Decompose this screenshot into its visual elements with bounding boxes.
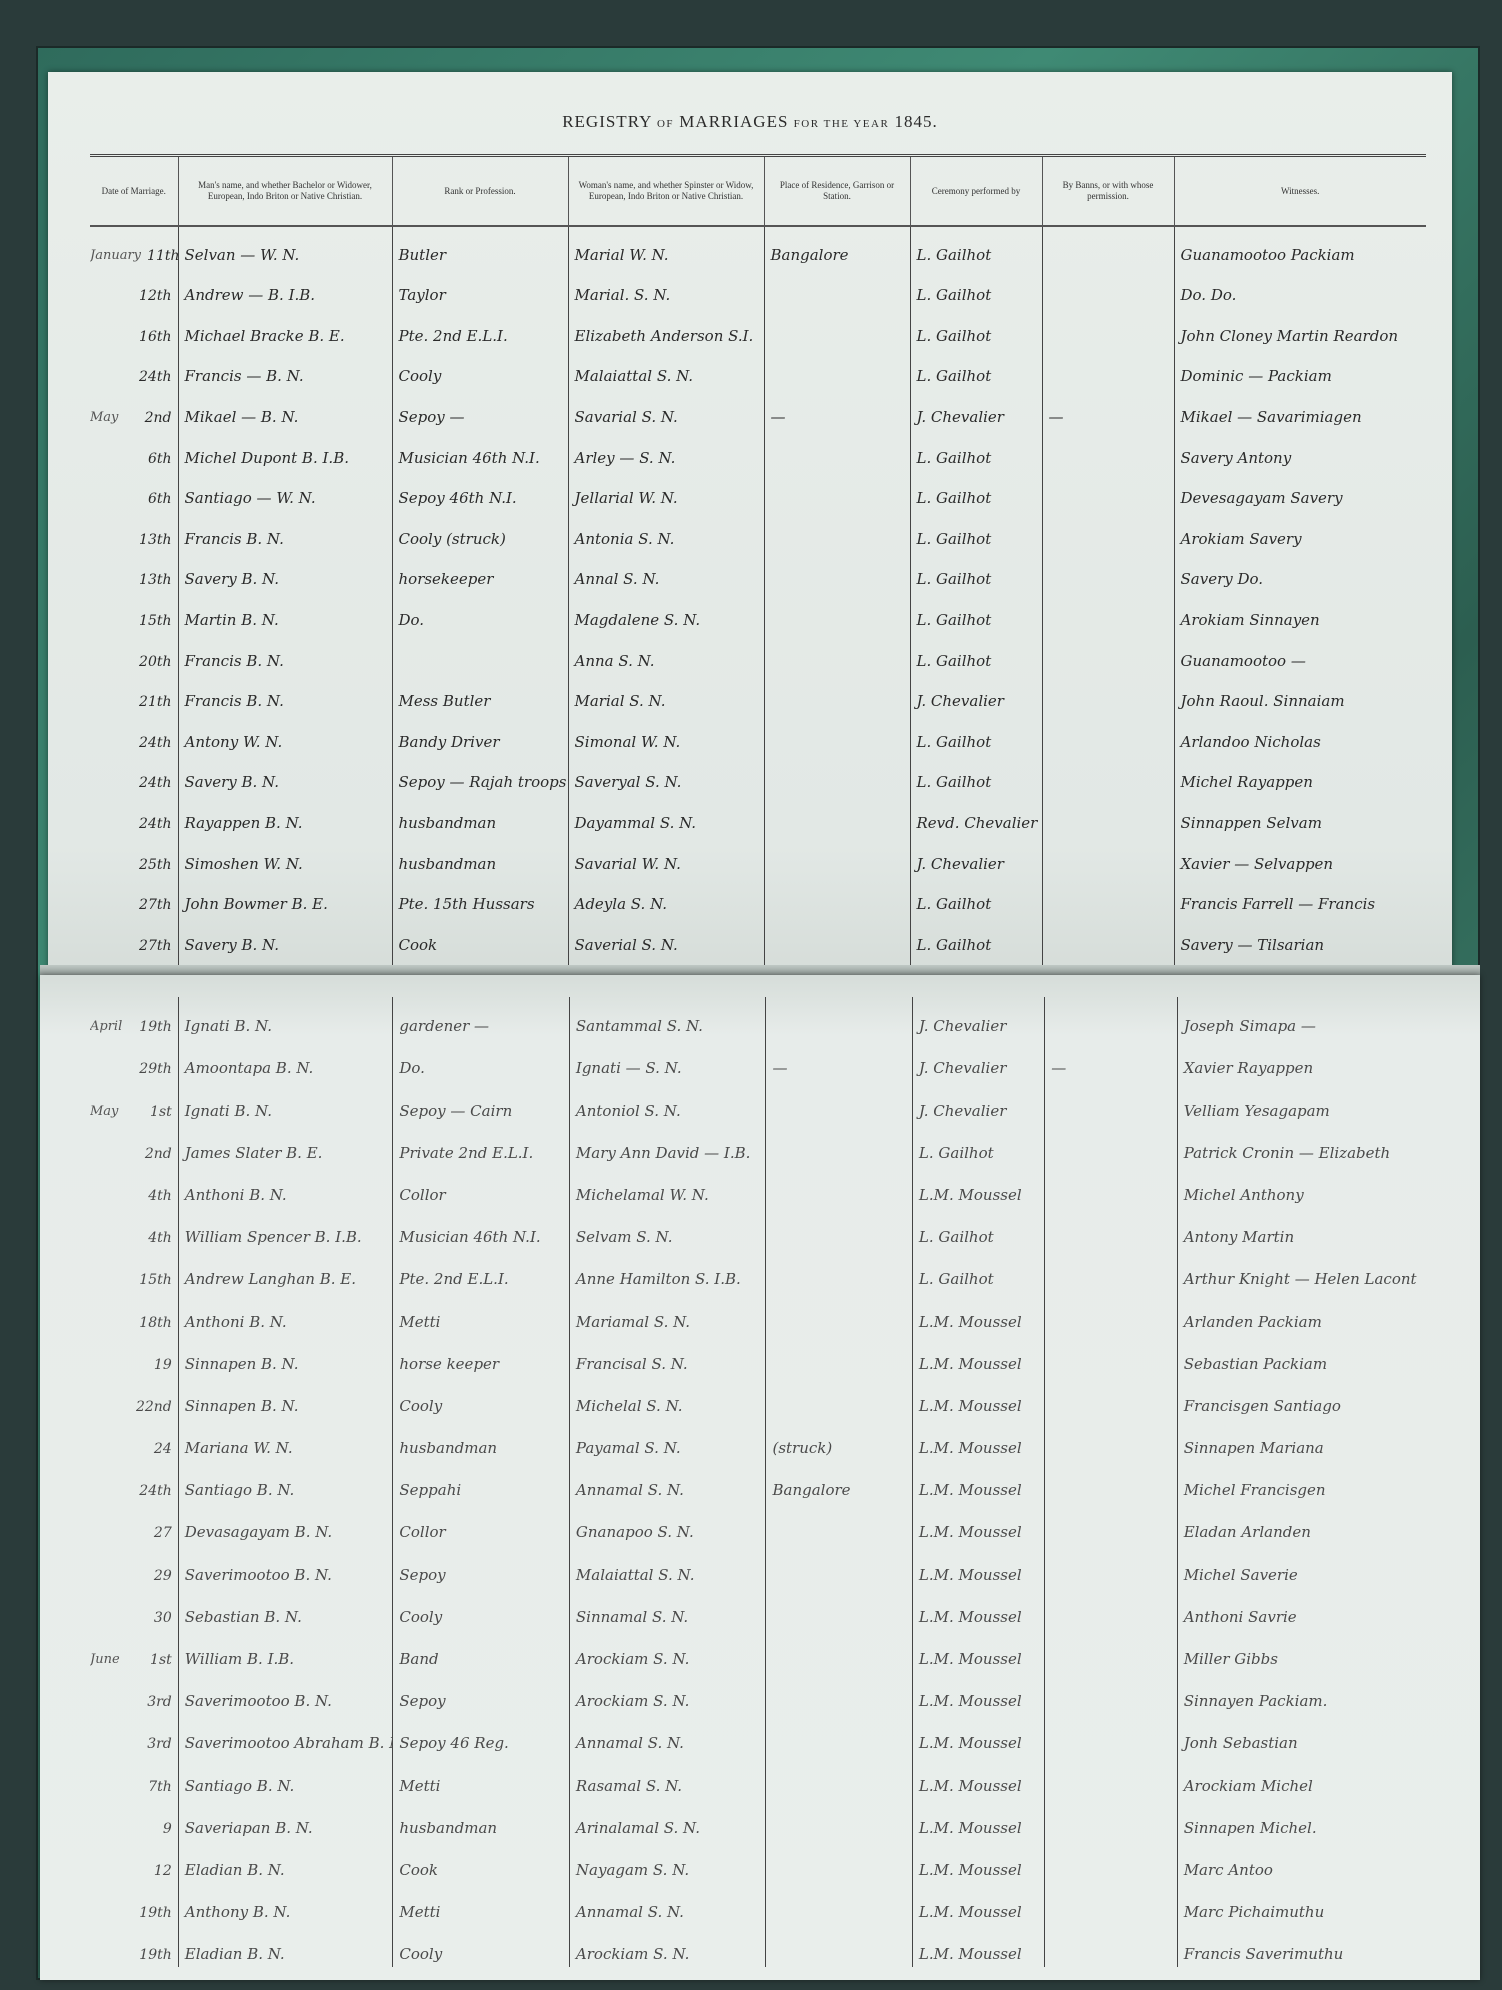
cell-banns	[1042, 592, 1174, 633]
cell-woman: Selvam S. N.	[569, 1208, 766, 1250]
table-row: 22nd Sinnapen B. N. Cooly Michelal S. N.…	[90, 1377, 1430, 1419]
cell-ceremony: L. Gailhot	[910, 877, 1042, 918]
cell-banns	[1045, 1925, 1177, 1967]
cell-rank: husbandman	[392, 795, 568, 836]
cell-man: Ignati B. N.	[178, 997, 393, 1039]
date-value: 24th	[139, 775, 171, 791]
table-row: June1st William B. I.B. Band Arockiam S.…	[90, 1630, 1430, 1672]
cell-ceremony: L.M. Moussel	[912, 1925, 1044, 1967]
cell-date: 27th	[90, 877, 178, 918]
cell-woman: Malaiattal S. N.	[569, 1545, 766, 1587]
cell-place	[764, 714, 910, 755]
cell-man: Anthoni B. N.	[178, 1166, 393, 1208]
cell-place	[766, 1335, 912, 1377]
cell-date: 24th	[90, 714, 178, 755]
cell-ceremony: L.M. Moussel	[912, 1630, 1044, 1672]
cell-ceremony: L.M. Moussel	[912, 1756, 1044, 1798]
cell-man: Francis — B. N.	[178, 349, 392, 390]
cell-ceremony: J. Chevalier	[912, 1039, 1044, 1081]
cell-banns	[1042, 552, 1174, 593]
cell-place	[766, 1925, 912, 1967]
cell-place	[764, 674, 910, 715]
cell-witnesses: Patrick Cronin — Elizabeth	[1177, 1124, 1430, 1166]
cell-man: Saveriapan B. N.	[178, 1799, 393, 1841]
cell-woman: Francisal S. N.	[569, 1335, 766, 1377]
cell-witnesses: Francisgen Santiago	[1177, 1377, 1430, 1419]
marriage-register-table-top: Date of Marriage. Man's name, and whethe…	[90, 154, 1426, 998]
date-value: 13th	[139, 532, 171, 548]
cell-witnesses: Mikael — Savarimiagen	[1174, 389, 1426, 430]
table-header-row: Date of Marriage. Man's name, and whethe…	[90, 156, 1426, 227]
table-row: 21th Francis B. N. Mess Butler Marial S.…	[90, 674, 1426, 715]
table-row: April19th Ignati B. N. gardener — Santam…	[90, 997, 1430, 1039]
cell-banns	[1045, 1377, 1177, 1419]
cell-woman: Annamal S. N.	[569, 1714, 766, 1756]
cell-woman: Michelamal W. N.	[569, 1166, 766, 1208]
cell-ceremony: L. Gailhot	[910, 755, 1042, 796]
cell-rank: Private 2nd E.L.I.	[393, 1124, 570, 1166]
cell-rank: Musician 46th N.I.	[392, 430, 568, 471]
cell-banns	[1042, 511, 1174, 552]
cell-ceremony: J. Chevalier	[910, 389, 1042, 430]
table-row: 27th Savery B. N. Cook Saverial S. N. L.…	[90, 917, 1426, 958]
cell-witnesses: Antony Martin	[1177, 1208, 1430, 1250]
cell-ceremony: L. Gailhot	[910, 308, 1042, 349]
cell-man: Devasagayam B. N.	[178, 1503, 393, 1545]
cell-witnesses: Sebastian Packiam	[1177, 1335, 1430, 1377]
cell-banns	[1045, 1503, 1177, 1545]
table-row: 20th Francis B. N. Anna S. N. L. Gailhot…	[90, 633, 1426, 674]
cell-place	[764, 552, 910, 593]
header-place: Place of Residence, Garrison or Station.	[764, 156, 910, 227]
cell-place: Bangalore	[764, 226, 910, 268]
cell-man: Saverimootoo B. N.	[178, 1545, 393, 1587]
cell-date: 20th	[90, 633, 178, 674]
date-value: 19th	[139, 1947, 171, 1963]
cell-rank: husbandman	[392, 836, 568, 877]
cell-place	[764, 268, 910, 309]
cell-ceremony: L. Gailhot	[910, 349, 1042, 390]
cell-witnesses: Michel Saverie	[1177, 1545, 1430, 1587]
cell-date: 18th	[90, 1292, 178, 1334]
cell-woman: Santammal S. N.	[569, 997, 766, 1039]
date-value: 30	[154, 1610, 172, 1626]
cell-man: Santiago B. N.	[178, 1756, 393, 1798]
cell-place	[766, 1377, 912, 1419]
date-value: 24th	[139, 816, 171, 832]
date-value: 9	[163, 1821, 172, 1837]
table-row: 24th Francis — B. N. Cooly Malaiattal S.…	[90, 349, 1426, 390]
cell-man: Savery B. N.	[178, 917, 392, 958]
cell-witnesses: Anthoni Savrie	[1177, 1588, 1430, 1630]
cell-place	[766, 1208, 912, 1250]
cell-woman: Payamal S. N.	[569, 1419, 766, 1461]
header-rank: Rank or Profession.	[392, 156, 568, 227]
cell-woman: Antonia S. N.	[568, 511, 764, 552]
cell-ceremony: L.M. Moussel	[912, 1588, 1044, 1630]
cell-place: Bangalore	[766, 1461, 912, 1503]
cell-ceremony: L.M. Moussel	[912, 1672, 1044, 1714]
cell-place	[766, 1166, 912, 1208]
cell-banns	[1045, 1419, 1177, 1461]
cell-rank: Sepoy — Cairn	[393, 1081, 570, 1123]
table-row: 6th Santiago — W. N. Sepoy 46th N.I. Jel…	[90, 471, 1426, 512]
cell-banns	[1045, 1672, 1177, 1714]
cell-ceremony: L.M. Moussel	[912, 1799, 1044, 1841]
table-row: 13th Savery B. N. horsekeeper Annal S. N…	[90, 552, 1426, 593]
cell-woman: Annal S. N.	[568, 552, 764, 593]
cell-banns	[1045, 1841, 1177, 1883]
cell-place	[766, 1883, 912, 1925]
cell-banns	[1045, 1124, 1177, 1166]
cell-man: Savery B. N.	[178, 552, 392, 593]
cell-date: 12	[90, 1841, 178, 1883]
cell-man: Selvan — W. N.	[178, 226, 392, 268]
table-row: 16th Michael Bracke B. E. Pte. 2nd E.L.I…	[90, 308, 1426, 349]
table-row: 29 Saverimootoo B. N. Sepoy Malaiattal S…	[90, 1545, 1430, 1587]
cell-date: 13th	[90, 552, 178, 593]
cell-man: Amoontapa B. N.	[178, 1039, 393, 1081]
cell-woman: Marial S. N.	[568, 674, 764, 715]
cell-rank: Sepoy	[393, 1672, 570, 1714]
date-value: 19	[154, 1357, 172, 1373]
date-value: 6th	[148, 491, 172, 507]
cell-date: May1st	[90, 1081, 178, 1123]
cell-date: 3rd	[90, 1672, 178, 1714]
cell-rank	[392, 633, 568, 674]
page-title: REGISTRY OF MARRIAGES FOR THE YEAR 1845.	[48, 112, 1452, 132]
title-year: 1845.	[895, 112, 938, 131]
cell-man: Andrew — B. I.B.	[178, 268, 392, 309]
date-value: 4th	[148, 1188, 172, 1204]
cell-man: Saverimootoo Abraham B. N.	[178, 1714, 393, 1756]
date-value: 27th	[139, 938, 171, 954]
cell-woman: Arley — S. N.	[568, 430, 764, 471]
cell-woman: Michelal S. N.	[569, 1377, 766, 1419]
cell-date: 2nd	[90, 1124, 178, 1166]
cell-place	[766, 997, 912, 1039]
cell-rank: Cook	[392, 917, 568, 958]
header-woman: Woman's name, and whether Spinster or Wi…	[568, 156, 764, 227]
cell-date: 25th	[90, 836, 178, 877]
cell-witnesses: Marc Pichaimuthu	[1177, 1883, 1430, 1925]
cell-place	[764, 471, 910, 512]
date-value: 15th	[139, 613, 171, 629]
cell-date: June1st	[90, 1630, 178, 1672]
cell-ceremony: L. Gailhot	[910, 471, 1042, 512]
cell-banns	[1045, 1714, 1177, 1756]
table-row: 24th Antony W. N. Bandy Driver Simonal W…	[90, 714, 1426, 755]
cell-man: Eladian B. N.	[178, 1841, 393, 1883]
cell-witnesses: Guanamootoo Packiam	[1174, 226, 1426, 268]
cell-witnesses: Michel Francisgen	[1177, 1461, 1430, 1503]
cell-man: Savery B. N.	[178, 755, 392, 796]
cell-rank: Collor	[393, 1503, 570, 1545]
cell-rank: horsekeeper	[392, 552, 568, 593]
table-row: January11th Selvan — W. N. Butler Marial…	[90, 226, 1426, 268]
cell-ceremony: L. Gailhot	[912, 1208, 1044, 1250]
cell-date: 15th	[90, 1250, 178, 1292]
cell-banns	[1042, 308, 1174, 349]
cell-banns	[1045, 1208, 1177, 1250]
cell-witnesses: Michel Rayappen	[1174, 755, 1426, 796]
table-row: 13th Francis B. N. Cooly (struck) Antoni…	[90, 511, 1426, 552]
header-man: Man's name, and whether Bachelor or Wido…	[178, 156, 392, 227]
table-row: 29th Amoontapa B. N. Do. Ignati — S. N. …	[90, 1039, 1430, 1081]
cell-man: William Spencer B. I.B.	[178, 1208, 393, 1250]
cell-rank: Cook	[393, 1841, 570, 1883]
cell-witnesses: Jonh Sebastian	[1177, 1714, 1430, 1756]
date-value: 4th	[148, 1230, 172, 1246]
cell-banns	[1045, 1081, 1177, 1123]
cell-man: Santiago — W. N.	[178, 471, 392, 512]
header-witnesses: Witnesses.	[1174, 156, 1426, 227]
date-value: 7th	[148, 1779, 172, 1795]
cell-place: —	[766, 1039, 912, 1081]
cell-witnesses: Marc Antoo	[1177, 1841, 1430, 1883]
cell-place	[764, 430, 910, 471]
cell-place	[764, 795, 910, 836]
cell-woman: Adeyla S. N.	[568, 877, 764, 918]
cell-place	[766, 1588, 912, 1630]
cell-banns	[1045, 1461, 1177, 1503]
cell-banns	[1045, 1250, 1177, 1292]
cell-witnesses: Guanamootoo —	[1174, 633, 1426, 674]
cell-banns	[1045, 1630, 1177, 1672]
cell-rank: Cooly	[392, 349, 568, 390]
cell-man: James Slater B. E.	[178, 1124, 393, 1166]
cell-date: 19	[90, 1335, 178, 1377]
cell-ceremony: L.M. Moussel	[912, 1841, 1044, 1883]
cell-place	[766, 1081, 912, 1123]
cell-place	[766, 1630, 912, 1672]
cell-ceremony: L.M. Moussel	[912, 1461, 1044, 1503]
cell-date: 15th	[90, 592, 178, 633]
cell-woman: Mariamal S. N.	[569, 1292, 766, 1334]
cell-place	[764, 511, 910, 552]
date-value: 3rd	[147, 1736, 172, 1752]
cell-witnesses: Xavier — Selvappen	[1174, 836, 1426, 877]
cell-banns	[1042, 917, 1174, 958]
cell-rank: Butler	[392, 226, 568, 268]
cell-witnesses: Arockiam Michel	[1177, 1756, 1430, 1798]
cell-man: Anthoni B. N.	[178, 1292, 393, 1334]
register-page-bottom: April19th Ignati B. N. gardener — Santam…	[40, 975, 1480, 1980]
table-row: 3rd Saverimootoo B. N. Sepoy Arockiam S.…	[90, 1672, 1430, 1714]
cell-ceremony: L.M. Moussel	[912, 1377, 1044, 1419]
cell-ceremony: L.M. Moussel	[912, 1883, 1044, 1925]
cell-rank: Cooly (struck)	[392, 511, 568, 552]
cell-man: Sinnapen B. N.	[178, 1377, 393, 1419]
table-body-bottom: April19th Ignati B. N. gardener — Santam…	[90, 997, 1430, 1967]
cell-rank: Metti	[393, 1292, 570, 1334]
cell-banns	[1045, 1756, 1177, 1798]
cell-ceremony: L. Gailhot	[910, 511, 1042, 552]
cell-rank: Cooly	[393, 1377, 570, 1419]
date-value: 12th	[139, 288, 171, 304]
cell-place	[766, 1672, 912, 1714]
date-value: 3rd	[147, 1694, 172, 1710]
cell-witnesses: Xavier Rayappen	[1177, 1039, 1430, 1081]
cell-rank: Band	[393, 1630, 570, 1672]
cell-banns	[1042, 430, 1174, 471]
cell-date: 4th	[90, 1166, 178, 1208]
table-row: 19th Anthony B. N. Metti Annamal S. N. L…	[90, 1883, 1430, 1925]
cell-date: 6th	[90, 430, 178, 471]
date-value: 29	[154, 1568, 172, 1584]
cell-witnesses: Devesagayam Savery	[1174, 471, 1426, 512]
cell-rank: Musician 46th N.I.	[393, 1208, 570, 1250]
cell-banns	[1042, 674, 1174, 715]
table-row: 6th Michel Dupont B. I.B. Musician 46th …	[90, 430, 1426, 471]
cell-banns	[1042, 795, 1174, 836]
cell-date: April19th	[90, 997, 178, 1039]
cell-rank: Sepoy 46 Reg.	[393, 1714, 570, 1756]
cell-place	[764, 308, 910, 349]
cell-witnesses: Eladan Arlanden	[1177, 1503, 1430, 1545]
table-row: 24 Mariana W. N. husbandman Payamal S. N…	[90, 1419, 1430, 1461]
cell-date: 12th	[90, 268, 178, 309]
cell-ceremony: L. Gailhot	[910, 917, 1042, 958]
cell-place	[764, 755, 910, 796]
cell-rank: Sepoy	[393, 1545, 570, 1587]
cell-banns	[1045, 1166, 1177, 1208]
cell-rank: Do.	[392, 592, 568, 633]
cell-date: May2nd	[90, 389, 178, 430]
date-value: 6th	[148, 451, 172, 467]
date-value: 24th	[139, 735, 171, 751]
cell-date: 4th	[90, 1208, 178, 1250]
cell-woman: Savarial W. N.	[568, 836, 764, 877]
register-page-top: REGISTRY OF MARRIAGES FOR THE YEAR 1845.…	[48, 72, 1452, 982]
cell-rank: Metti	[393, 1756, 570, 1798]
cell-rank: Mess Butler	[392, 674, 568, 715]
cell-rank: Sepoy 46th N.I.	[392, 471, 568, 512]
title-word: FOR THE YEAR	[794, 118, 890, 130]
cell-woman: Marial. S. N.	[568, 268, 764, 309]
table-row: 7th Santiago B. N. Metti Rasamal S. N. L…	[90, 1756, 1430, 1798]
date-value: 21th	[139, 694, 171, 710]
cell-woman: Gnanapoo S. N.	[569, 1503, 766, 1545]
cell-place	[766, 1799, 912, 1841]
table-row: May1st Ignati B. N. Sepoy — Cairn Antoni…	[90, 1081, 1430, 1123]
cell-date: 24th	[90, 795, 178, 836]
cell-date: 7th	[90, 1756, 178, 1798]
cell-ceremony: L.M. Moussel	[912, 1503, 1044, 1545]
cell-man: Mikael — B. N.	[178, 389, 392, 430]
cell-woman: Rasamal S. N.	[569, 1756, 766, 1798]
cell-man: Francis B. N.	[178, 511, 392, 552]
cell-date: 29	[90, 1545, 178, 1587]
cell-rank: Sepoy —	[392, 389, 568, 430]
cell-ceremony: J. Chevalier	[910, 836, 1042, 877]
cell-ceremony: L. Gailhot	[912, 1250, 1044, 1292]
date-value: 18th	[139, 1315, 171, 1331]
cell-rank: Metti	[393, 1883, 570, 1925]
cell-ceremony: J. Chevalier	[912, 1081, 1044, 1123]
cell-man: Francis B. N.	[178, 633, 392, 674]
date-value: 20th	[139, 654, 171, 670]
cell-date: 30	[90, 1588, 178, 1630]
cell-date: 19th	[90, 1883, 178, 1925]
cell-date: 16th	[90, 308, 178, 349]
table-row: 24th Rayappen B. N. husbandman Dayammal …	[90, 795, 1426, 836]
cell-place	[766, 1841, 912, 1883]
cell-rank: gardener —	[393, 997, 570, 1039]
cell-woman: Ignati — S. N.	[569, 1039, 766, 1081]
cell-rank: Pte. 2nd E.L.I.	[392, 308, 568, 349]
table-row: 19 Sinnapen B. N. horse keeper Francisal…	[90, 1335, 1430, 1377]
cell-man: Eladian B. N.	[178, 1925, 393, 1967]
cell-witnesses: Arthur Knight — Helen Lacont	[1177, 1250, 1430, 1292]
cell-rank: Cooly	[393, 1588, 570, 1630]
cell-witnesses: Sinnayen Packiam.	[1177, 1672, 1430, 1714]
cell-rank: Do.	[393, 1039, 570, 1081]
cell-banns: —	[1042, 389, 1174, 430]
cell-man: Sebastian B. N.	[178, 1588, 393, 1630]
cell-ceremony: L. Gailhot	[910, 430, 1042, 471]
cell-ceremony: L.M. Moussel	[912, 1714, 1044, 1756]
cell-man: Michael Bracke B. E.	[178, 308, 392, 349]
cell-witnesses: Savery — Tilsarian	[1174, 917, 1426, 958]
cell-banns	[1045, 1292, 1177, 1334]
cell-rank: Bandy Driver	[392, 714, 568, 755]
cell-place	[766, 1124, 912, 1166]
month-label: May	[90, 1104, 118, 1119]
cell-banns	[1042, 633, 1174, 674]
date-value: 1st	[150, 1104, 172, 1120]
cell-woman: Dayammal S. N.	[568, 795, 764, 836]
table-row: May2nd Mikael — B. N. Sepoy — Savarial S…	[90, 389, 1426, 430]
cell-ceremony: Revd. Chevalier	[910, 795, 1042, 836]
cell-woman: Savarial S. N.	[568, 389, 764, 430]
cell-ceremony: L. Gailhot	[910, 226, 1042, 268]
cell-witnesses: Sinnapen Mariana	[1177, 1419, 1430, 1461]
cell-ceremony: L.M. Moussel	[912, 1545, 1044, 1587]
cell-woman: Arockiam S. N.	[569, 1925, 766, 1967]
cell-rank: Sepoy — Rajah troops	[392, 755, 568, 796]
cell-ceremony: L. Gailhot	[910, 592, 1042, 633]
cell-ceremony: J. Chevalier	[912, 997, 1044, 1039]
cell-ceremony: L. Gailhot	[910, 268, 1042, 309]
cell-man: Antony W. N.	[178, 714, 392, 755]
cell-rank: husbandman	[393, 1799, 570, 1841]
cell-date: 21th	[90, 674, 178, 715]
title-word: OF	[657, 118, 674, 130]
cell-man: Rayappen B. N.	[178, 795, 392, 836]
cell-date: 24th	[90, 1461, 178, 1503]
table-row: 15th Martin B. N. Do. Magdalene S. N. L.…	[90, 592, 1426, 633]
cell-witnesses: Savery Do.	[1174, 552, 1426, 593]
table-row: 19th Eladian B. N. Cooly Arockiam S. N. …	[90, 1925, 1430, 1967]
cell-banns	[1042, 714, 1174, 755]
date-value: 11th	[147, 248, 178, 264]
cell-banns: —	[1045, 1039, 1177, 1081]
cell-place	[764, 836, 910, 877]
table-row: 15th Andrew Langhan B. E. Pte. 2nd E.L.I…	[90, 1250, 1430, 1292]
cell-rank: Seppahi	[393, 1461, 570, 1503]
date-value: 25th	[139, 857, 171, 873]
cell-date: 19th	[90, 1925, 178, 1967]
cell-rank: Cooly	[393, 1925, 570, 1967]
marriage-register-table-bottom: April19th Ignati B. N. gardener — Santam…	[90, 997, 1430, 1967]
cell-ceremony: L.M. Moussel	[912, 1166, 1044, 1208]
cell-banns	[1045, 1335, 1177, 1377]
cell-banns	[1042, 471, 1174, 512]
cell-banns	[1042, 877, 1174, 918]
cell-place	[766, 1545, 912, 1587]
cell-banns	[1045, 1799, 1177, 1841]
